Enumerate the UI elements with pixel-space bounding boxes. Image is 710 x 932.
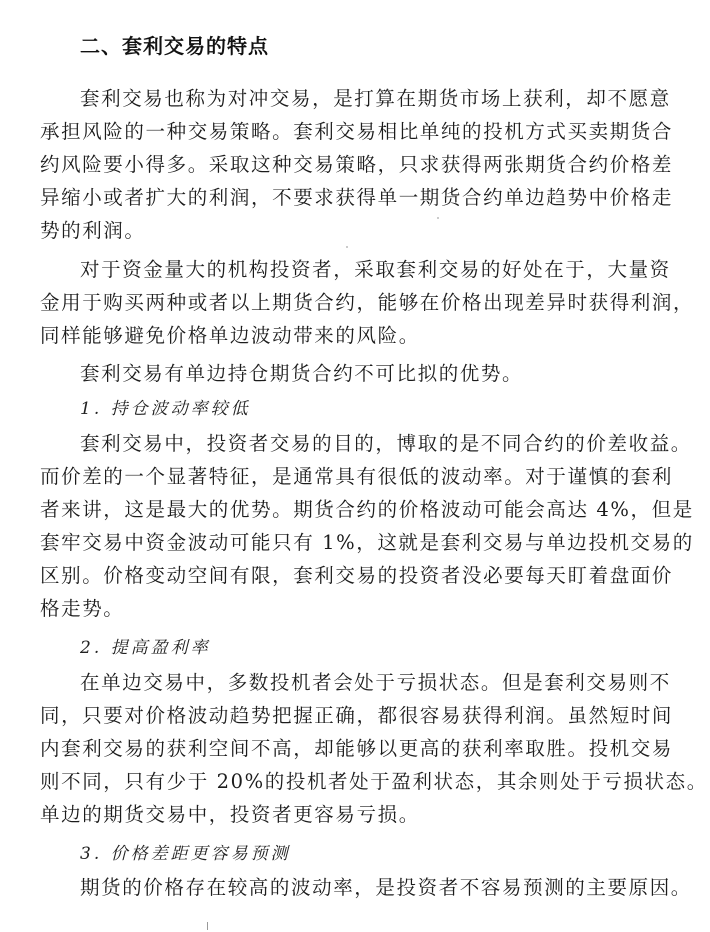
paragraph-line: 套牢交易中资金波动可能只有 1%，这就是套利交易与单边投机交易的 bbox=[40, 531, 670, 555]
paragraph-line: 约风险要小得多。采取这种交易策略，只求获得两张期货合约价格差 bbox=[40, 153, 670, 177]
paragraph-line: 同样能够避免价格单边波动带来的风险。 bbox=[40, 324, 670, 348]
subsection-title: 3. 价格差距更容易预测 bbox=[80, 843, 291, 865]
paragraph-line: 格走势。 bbox=[40, 597, 670, 621]
paragraph-line: 套利交易有单边持仓期货合约不可比拟的优势。 bbox=[80, 362, 670, 386]
paragraph-line: 区别。价格变动空间有限，套利交易的投资者没必要每天盯着盘面价 bbox=[40, 564, 670, 588]
section-heading: 二、套利交易的特点 bbox=[80, 30, 269, 59]
scan-speck bbox=[437, 217, 439, 219]
book-page: 二、套利交易的特点 套利交易也称为对冲交易，是打算在期货市场上获利，却不愿意 承… bbox=[0, 0, 710, 932]
subsection-title: 2. 提高盈利率 bbox=[80, 637, 211, 659]
scan-mark bbox=[207, 922, 208, 930]
paragraph-line: 异缩小或者扩大的利润，不要求获得单一期货合约单边趋势中价格走 bbox=[40, 186, 670, 210]
paragraph-line: 内套利交易的获利空间不高，却能够以更高的获利率取胜。投机交易 bbox=[40, 737, 670, 761]
paragraph-line: 期货的价格存在较高的波动率，是投资者不容易预测的主要原因。 bbox=[80, 876, 670, 900]
paragraph-line: 势的利润。 bbox=[40, 219, 670, 243]
paragraph-line: 套利交易中，投资者交易的目的，博取的是不同合约的价差收益。 bbox=[80, 432, 670, 456]
paragraph-line: 则不同，只有少于 20%的投机者处于盈利状态，其余则处于亏损状态。 bbox=[40, 770, 670, 794]
paragraph-line: 而价差的一个显著特征，是通常具有很低的波动率。对于谨慎的套利 bbox=[40, 465, 670, 489]
scan-speck bbox=[346, 246, 348, 248]
paragraph-line: 者来讲，这是最大的优势。期货合约的价格波动可能会高达 4%，但是 bbox=[40, 498, 670, 522]
paragraph-line: 金用于购买两种或者以上期货合约，能够在价格出现差异时获得利润， bbox=[40, 291, 670, 315]
paragraph-line: 同，只要对价格波动趋势把握正确，都很容易获得利润。虽然短时间 bbox=[40, 704, 670, 728]
paragraph-line: 套利交易也称为对冲交易，是打算在期货市场上获利，却不愿意 bbox=[80, 87, 670, 111]
paragraph-line: 对于资金量大的机构投资者，采取套利交易的好处在于，大量资 bbox=[80, 258, 670, 282]
paragraph-line: 单边的期货交易中，投资者更容易亏损。 bbox=[40, 803, 670, 827]
subsection-title: 1. 持仓波动率较低 bbox=[80, 398, 251, 420]
paragraph-line: 在单边交易中，多数投机者会处于亏损状态。但是套利交易则不 bbox=[80, 671, 670, 695]
scan-speck bbox=[595, 776, 597, 778]
paragraph-line: 承担风险的一种交易策略。套利交易相比单纯的投机方式买卖期货合 bbox=[40, 120, 670, 144]
